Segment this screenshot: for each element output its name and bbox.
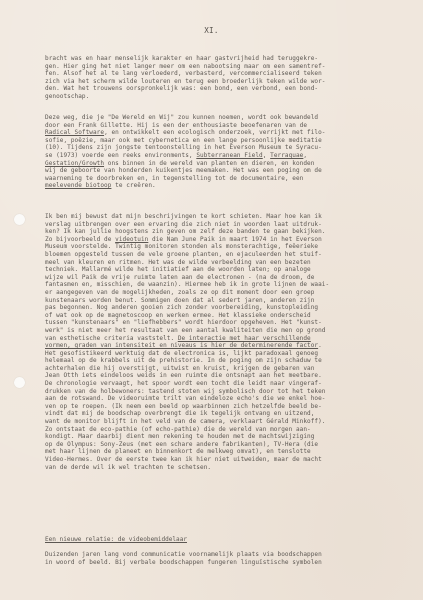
text-line: Museum voorstelde. Twintig monitoren sto… — [45, 243, 405, 251]
text-line: zich via het scherm wilde louteren en te… — [45, 78, 405, 86]
text-line: De chronologie vervaagt, het spoor wordt… — [45, 380, 405, 388]
text-line: van de derde wil ik wel trachten te sche… — [45, 464, 405, 472]
text-line: Ik ben mij bewust dat mijn beschrijvinge… — [45, 213, 405, 221]
text-line: of wat ook op de magnetoscoop en werken … — [45, 312, 405, 320]
text-line: den. Wat het trouwens oorspronkelijk was… — [45, 85, 405, 93]
section-heading: Een nieuwe relatie: de videobemiddelaar — [45, 536, 187, 544]
text-line: genootschap. — [45, 93, 405, 101]
text-line: van esthetische criteria vaststelt. De i… — [45, 335, 405, 343]
text-line: aan de rotswand. De videoruimte trilt va… — [45, 395, 405, 403]
text-line: ven op te roepen. (Ik neem een beeld op … — [45, 403, 405, 411]
text-line: waarneming te doorbreken en, in tegenste… — [45, 175, 405, 183]
text-line: vormen, graden van intensiteit en niveau… — [45, 342, 405, 350]
text-line: gen. Hier ging het niet langer meer om e… — [45, 63, 405, 71]
text-line: Duizenden jaren lang vond communicatie v… — [45, 551, 405, 559]
text-line: Jean Otth iets eindeloos weids in een ru… — [45, 372, 405, 380]
text-line: Het gesofistikeerd werktuig dat de elect… — [45, 350, 405, 358]
text-line: Zo bijvoorbeeld de videotuin die Nam Jun… — [45, 236, 405, 244]
paragraph-1: bracht was en haar menselijk karakter en… — [45, 55, 405, 101]
text-line: kunstenaars worden benut. Sommigen doen … — [45, 297, 405, 305]
paragraph-2: Deze weg, die je "De Wereld en Wij" zou … — [45, 114, 405, 190]
text-line: meelevende biotoop te creëren. — [45, 182, 405, 190]
text-line: er aangegeven van de mogelijkheden, zoal… — [45, 289, 405, 297]
text-line: helemaal op de krabbels uit de prehistor… — [45, 357, 405, 365]
text-line: Zo ontstaat de eco-pathie (of echo-pathi… — [45, 426, 405, 434]
document-page: XI. bracht was en haar menselijk karakte… — [0, 0, 423, 600]
text-line: kondigt. Maar daarbij dient men rekening… — [45, 433, 405, 441]
punch-hole-bottom — [14, 377, 25, 388]
text-line: (10). Tijdens zijn jongste tentoonstelli… — [45, 144, 405, 152]
punch-hole-top — [14, 214, 25, 225]
text-line: Video-Hermes. Over de eerste twee kan ik… — [45, 456, 405, 464]
text-line: vindt dat mij de boodschap overbrengt di… — [45, 410, 405, 418]
text-line: achterhalen die hij overstijgt, uitwist … — [45, 365, 405, 373]
text-line: drukken van de holbewoners: tastend stot… — [45, 388, 405, 396]
text-line: pas begonnen. Nog anderen gooien zich zo… — [45, 304, 405, 312]
section-paragraph: Duizenden jaren lang vond communicatie v… — [45, 551, 405, 566]
text-line: tussen "kunstenaars" en "liefhebbers" wo… — [45, 319, 405, 327]
text-line: met haar lijnen de planeet en binnenkort… — [45, 448, 405, 456]
text-line: Gestation/Growth ons binnen in de wereld… — [45, 160, 405, 168]
text-line: bracht was en haar menselijk karakter en… — [45, 55, 405, 63]
text-line: fantasmen en, misschien, de waanzin). Hi… — [45, 281, 405, 289]
text-line: want de monitor blijft in het veld van d… — [45, 418, 405, 426]
text-line: Radical Software, en ontwikkelt een ecol… — [45, 129, 405, 137]
text-line: fen. Alsof het al te lang verloederd, ve… — [45, 70, 405, 78]
text-line: techniek. Mallarmé wilde het initiatief … — [45, 266, 405, 274]
text-line: bloemen opgesteld tussen de vele groene … — [45, 251, 405, 259]
text-line: verslag uitbrengen over een ervaring die… — [45, 221, 405, 229]
text-line: door een Frank Gillette. Hij is een der … — [45, 122, 405, 130]
text-line: wijze wil Paik de vrije ruimte laten aan… — [45, 274, 405, 282]
page-number: XI. — [0, 26, 423, 35]
text-line: op de Olympus: Sony-Zeus (met een schare… — [45, 441, 405, 449]
text-line: wij de geboorte van honderden kuikentjes… — [45, 167, 405, 175]
text-line: in woord of beeld. Bij verbale boodschap… — [45, 559, 405, 567]
text-line: ken? Ik kan jullie hoogstens zin geven o… — [45, 228, 405, 236]
text-line: sofie, poëzie, maar ook met cybernetica … — [45, 137, 405, 145]
text-line: se (1973) voerde een reeks environments,… — [45, 152, 405, 160]
text-line: werk" is niet meer het resultaat van een… — [45, 327, 405, 335]
text-line: Deze weg, die je "De Wereld en Wij" zou … — [45, 114, 405, 122]
paragraph-3: Ik ben mij bewust dat mijn beschrijvinge… — [45, 213, 405, 471]
